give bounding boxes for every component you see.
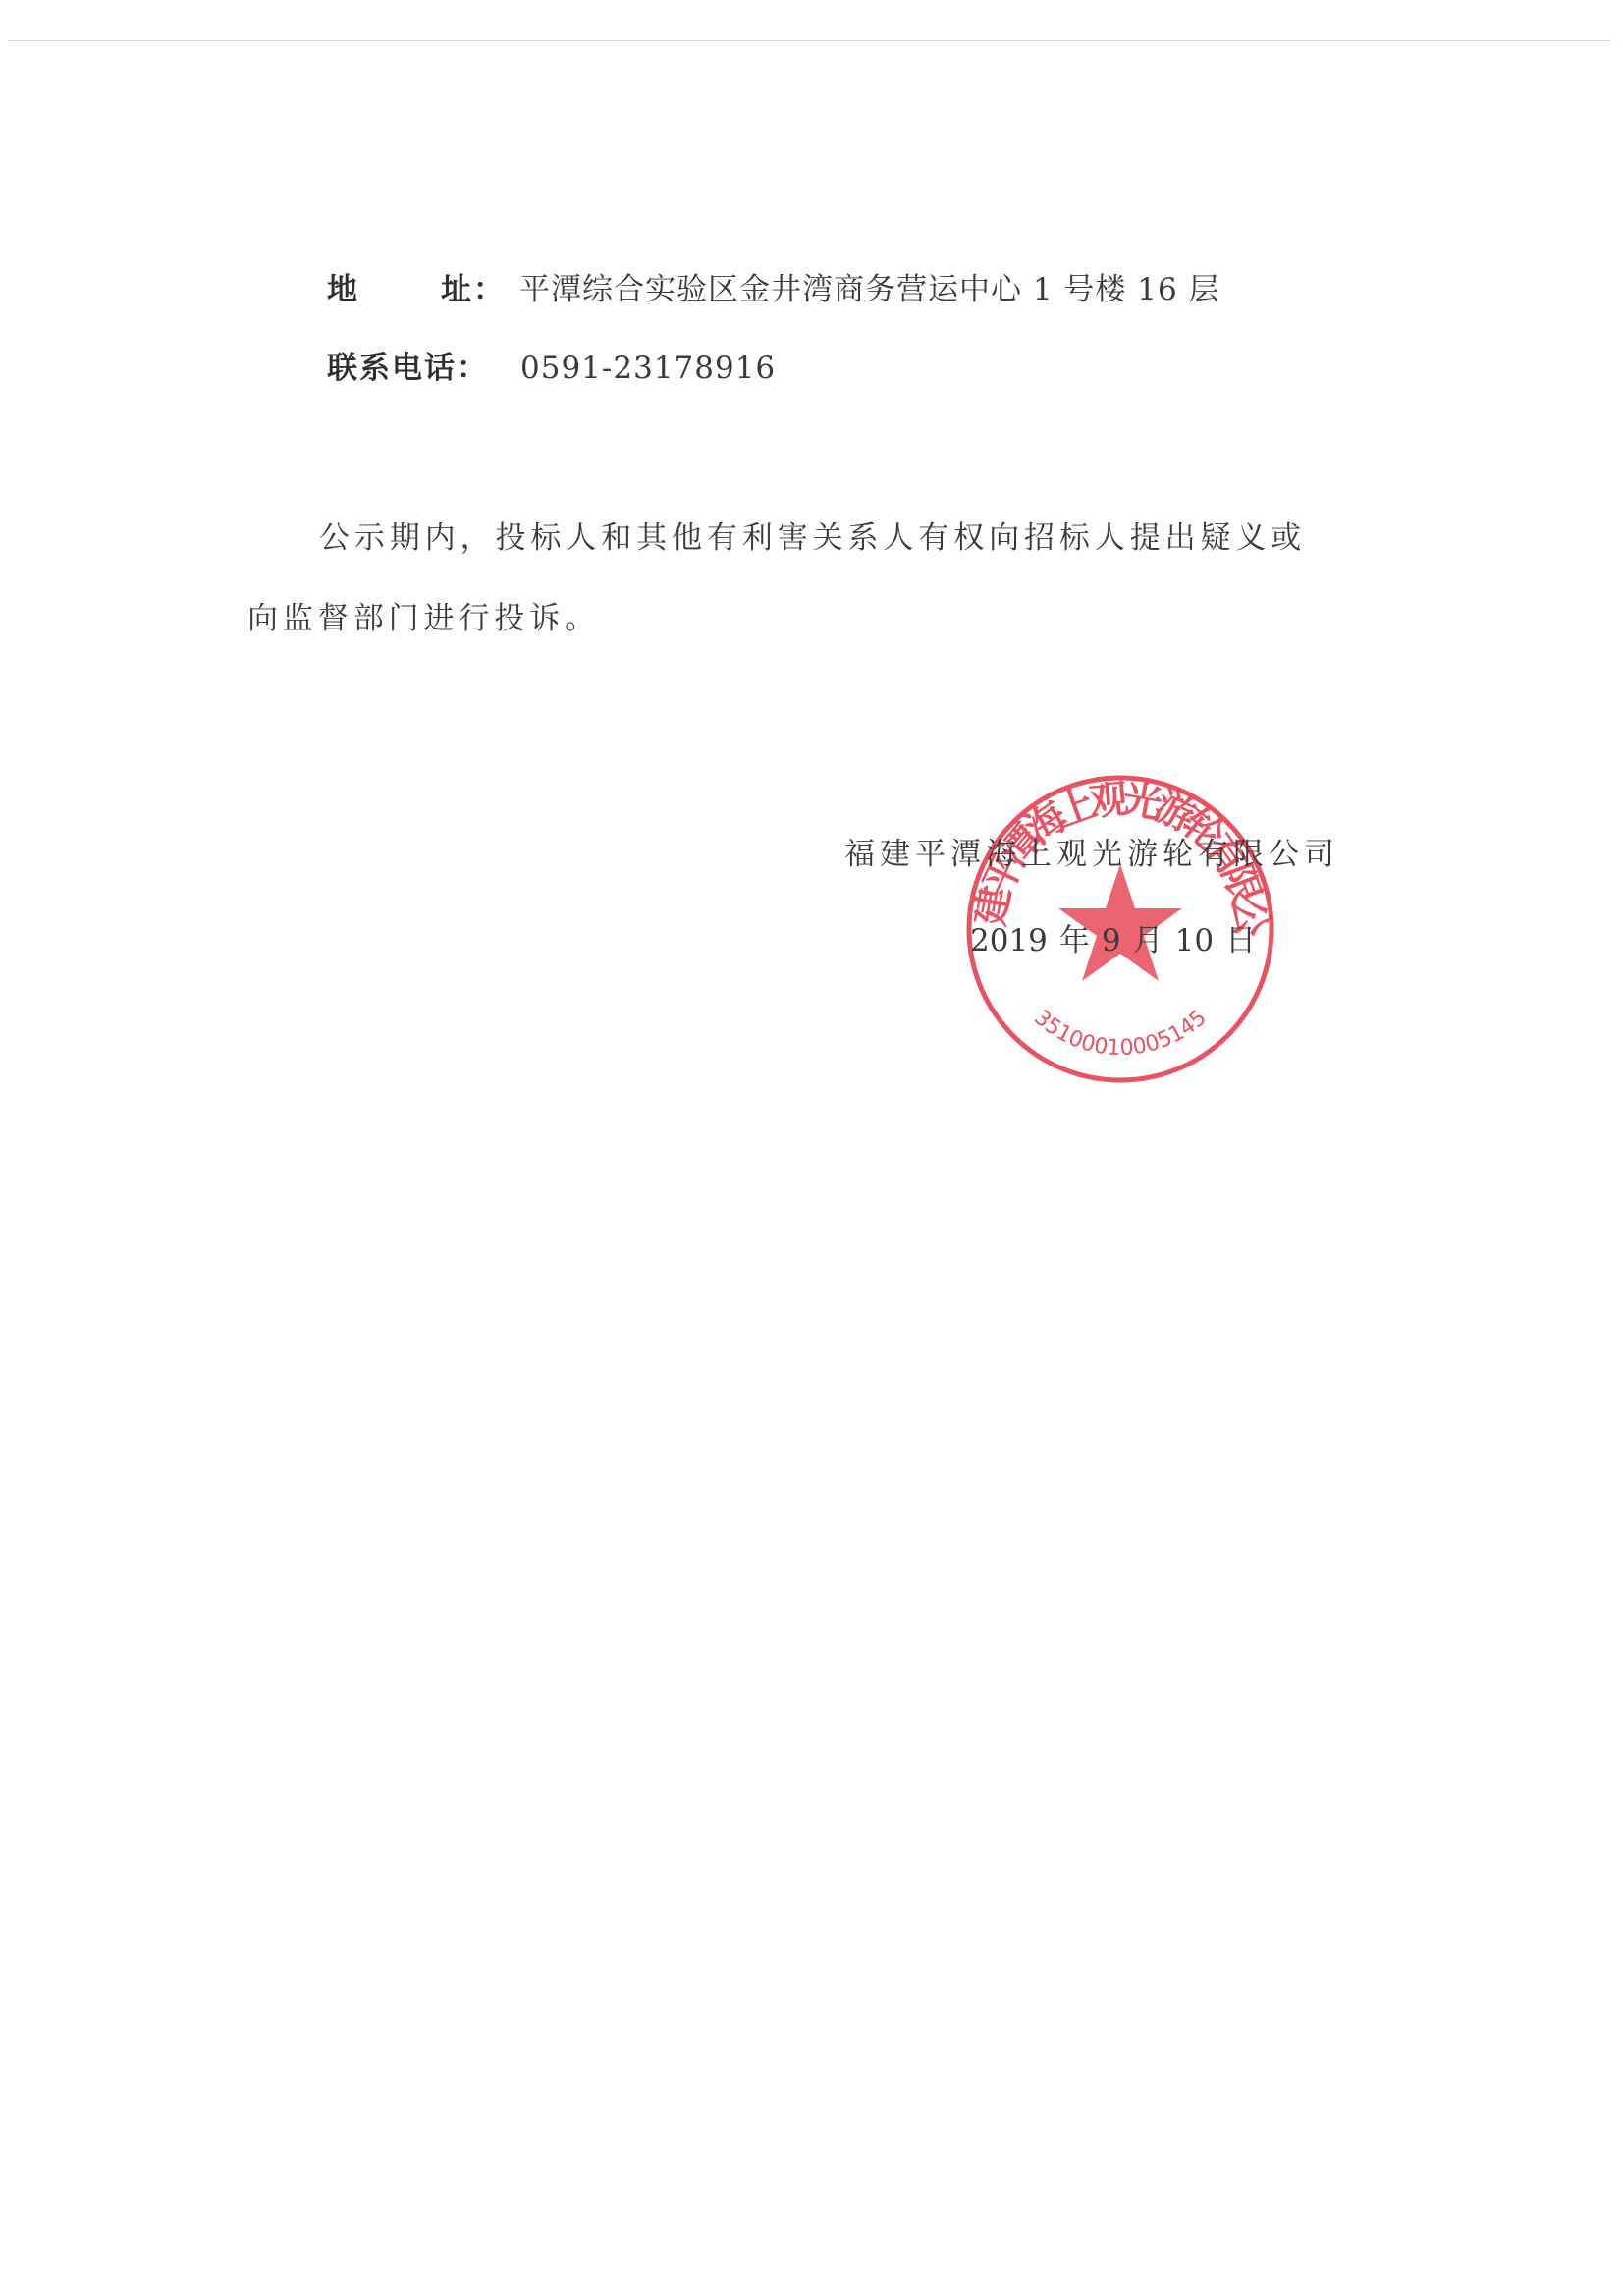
notice-paragraph-line-1: 公示期内，投标人和其他有利害关系人有权向招标人提出疑义或 — [319, 520, 1306, 556]
scan-edge-rule — [8, 40, 1611, 41]
date-month: 9 — [1102, 923, 1121, 958]
date-year: 2019 — [970, 923, 1048, 958]
signature-company: 福建平潭海上观光游轮有限公司 — [844, 837, 1339, 872]
date-month-unit: 月 — [1133, 923, 1163, 958]
address-label-char1: 地 — [327, 272, 441, 307]
date-day-unit: 日 — [1225, 923, 1256, 958]
seal-code: 35100010005145 — [1029, 1006, 1212, 1061]
phone-line: 联系电话：0591-23178916 — [327, 351, 776, 386]
address-line: 地址：平潭综合实验区金井湾商务营运中心 1 号楼 16 层 — [327, 272, 1220, 307]
phone-label: 联系电话： — [327, 351, 520, 386]
address-label-char2: 址： — [441, 272, 519, 307]
date-year-unit: 年 — [1059, 923, 1090, 958]
address-value: 平潭综合实验区金井湾商务营运中心 1 号楼 16 层 — [519, 272, 1220, 307]
date-day: 10 — [1175, 923, 1214, 958]
phone-value: 0591-23178916 — [520, 351, 776, 386]
notice-paragraph-line-2: 向监督部门进行投诉。 — [247, 601, 600, 636]
signature-date: 2019年9月10日 — [970, 923, 1268, 958]
